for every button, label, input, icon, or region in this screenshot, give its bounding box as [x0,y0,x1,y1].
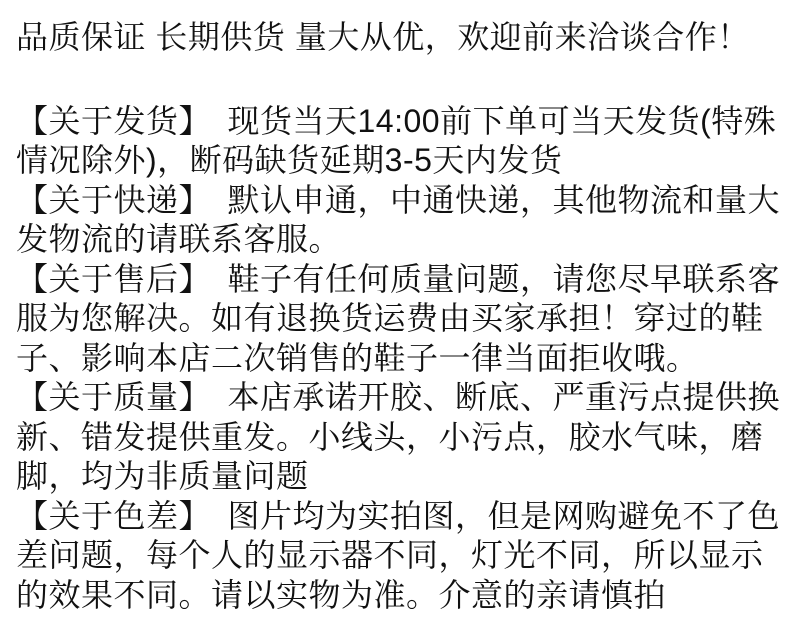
description-line-colordiff-3: 的效果不同。请以实物为准。介意的亲请慎拍 [16,576,782,616]
product-description-page: 品质保证 长期供货 量大从优，欢迎前来洽谈合作！ 【关于发货】 现货当天14:0… [0,0,790,640]
description-line-shipping-2: 情况除外)，断码缺货延期3-5天内发货 [16,141,782,181]
description-line-quality-2: 新、错发提供重发。小线头，小污点，胶水气味，磨 [16,418,782,458]
description-line-quality-1: 【关于质量】 本店承诺开胶、断底、严重污点提供换 [16,378,782,418]
description-line-courier-1: 【关于快递】 默认申通，中通快递，其他物流和量大 [16,181,782,221]
description-line-colordiff-2: 差问题，每个人的显示器不同，灯光不同，所以显示 [16,536,782,576]
description-line-courier-2: 发物流的请联系客服。 [16,220,782,260]
description-line-aftersales-2: 服为您解决。如有退换货运费由买家承担！穿过的鞋 [16,299,782,339]
seller-policy-body: 【关于发货】 现货当天14:00前下单可当天发货(特殊 情况除外)，断码缺货延期… [16,102,782,616]
description-text-column: 品质保证 长期供货 量大从优，欢迎前来洽谈合作！ 【关于发货】 现货当天14:0… [0,0,790,615]
quality-promise-intro-line: 品质保证 长期供货 量大从优，欢迎前来洽谈合作！ [16,18,782,58]
description-line-shipping-1: 【关于发货】 现货当天14:00前下单可当天发货(特殊 [16,102,782,142]
description-line-colordiff-1: 【关于色差】 图片均为实拍图，但是网购避免不了色 [16,497,782,537]
description-line-aftersales-3: 子、影响本店二次销售的鞋子一律当面拒收哦。 [16,339,782,379]
description-line-quality-3: 脚，均为非质量问题 [16,457,782,497]
description-line-aftersales-1: 【关于售后】 鞋子有任何质量问题，请您尽早联系客 [16,260,782,300]
